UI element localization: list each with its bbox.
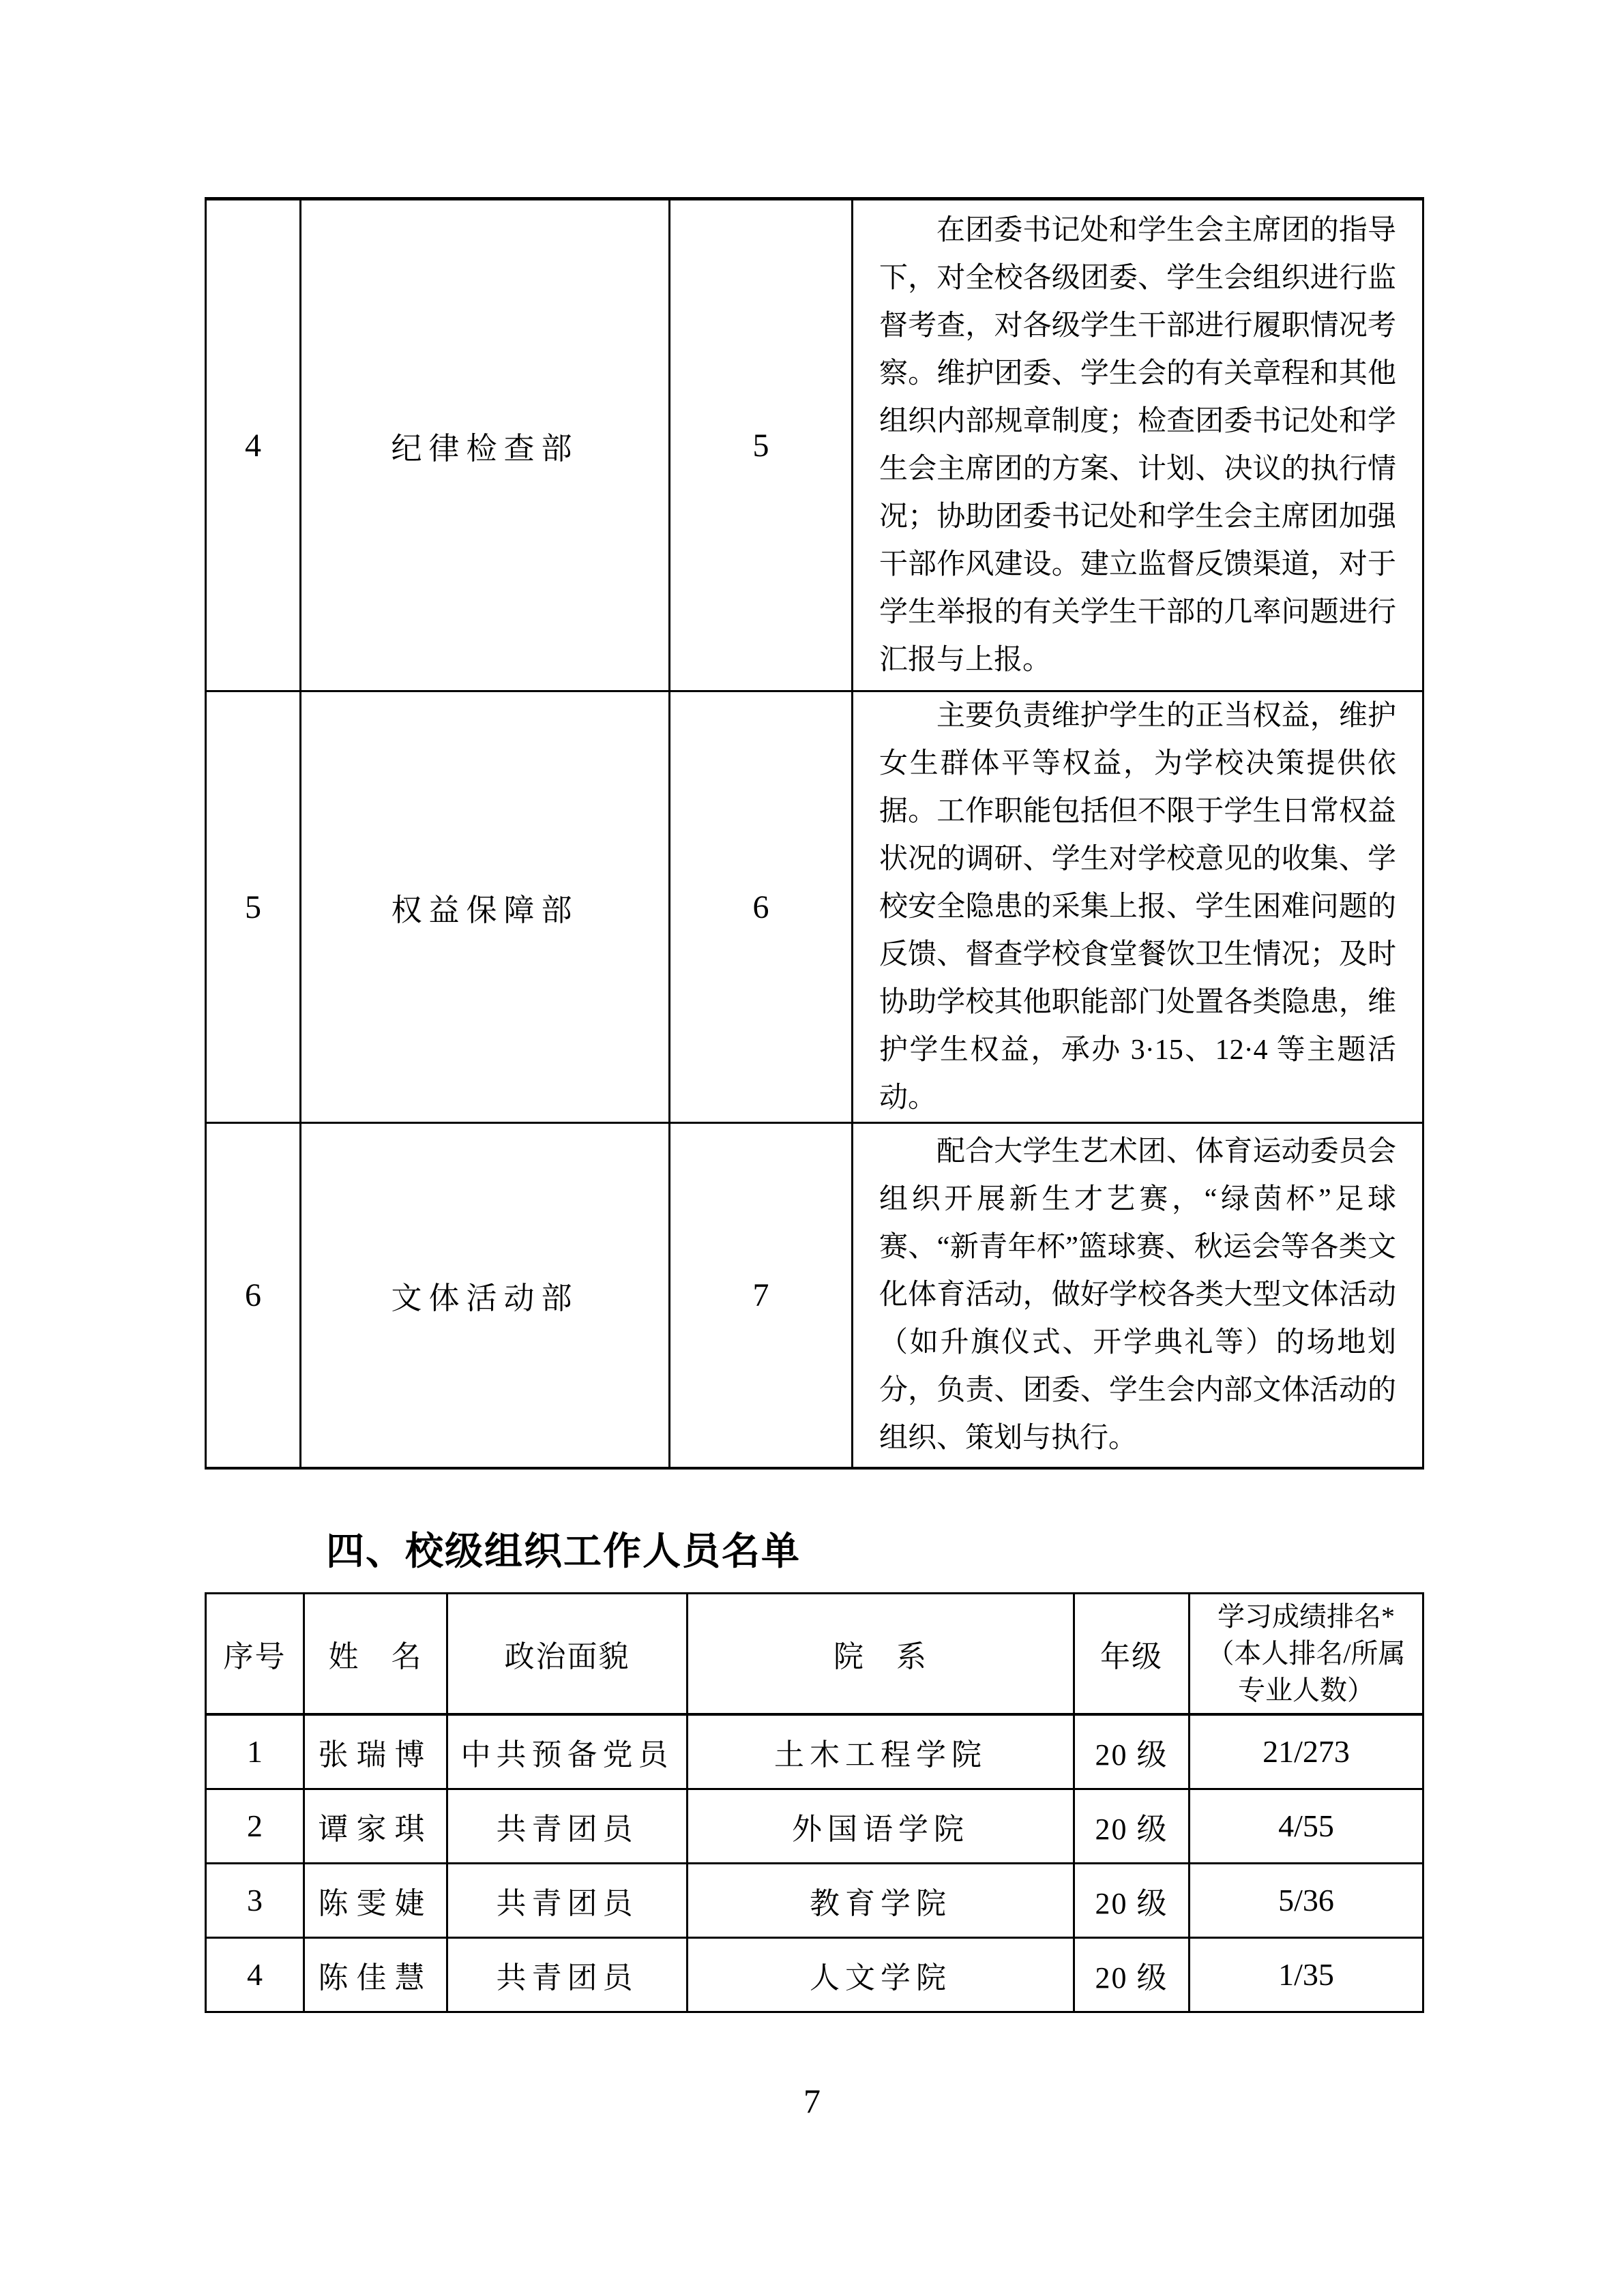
section-heading: 四、校级组织工作人员名单 <box>326 1530 801 1572</box>
staff-rank: 4/55 <box>1190 1789 1423 1863</box>
staff-college: 教育学院 <box>688 1863 1074 1937</box>
dept-row-index: 4 <box>206 199 301 691</box>
dept-row-index: 5 <box>206 691 301 1123</box>
dept-description-cell: 配合大学生艺术团、体育运动委员会组织开展新生才艺赛，“绿茵杯”足球赛、“新青年杯… <box>853 1123 1423 1468</box>
department-duties-table: 4 纪律检查部 5 在团委书记处和学生会主席团的指导下，对全校各级团委、学生会组… <box>205 197 1424 1470</box>
staff-index: 1 <box>206 1714 304 1789</box>
staff-politics: 共青团员 <box>447 1789 688 1863</box>
staff-politics: 中共预备党员 <box>447 1714 688 1789</box>
staff-table-header-row: 序号 姓 名 政治面貌 院 系 年级 学习成绩排名*（本人排名/所属专业人数） <box>206 1594 1423 1715</box>
dept-row-index: 6 <box>206 1123 301 1468</box>
dept-member-count: 6 <box>670 691 853 1123</box>
column-header-grade: 年级 <box>1074 1594 1190 1715</box>
table-row: 3 陈雯婕 共青团员 教育学院 20 级 5/36 <box>206 1863 1423 1937</box>
table-row: 1 张瑞博 中共预备党员 土木工程学院 20 级 21/273 <box>206 1714 1423 1789</box>
staff-index: 3 <box>206 1863 304 1937</box>
table-row: 2 谭家琪 共青团员 外国语学院 20 级 4/55 <box>206 1789 1423 1863</box>
staff-college: 土木工程学院 <box>688 1714 1074 1789</box>
dept-member-count: 5 <box>670 199 853 691</box>
table-row: 6 文体活动部 7 配合大学生艺术团、体育运动委员会组织开展新生才艺赛，“绿茵杯… <box>206 1123 1423 1468</box>
staff-name: 陈雯婕 <box>304 1863 447 1937</box>
staff-politics: 共青团员 <box>447 1937 688 2012</box>
dept-description-cell: 在团委书记处和学生会主席团的指导下，对全校各级团委、学生会组织进行监督考查，对各… <box>853 199 1423 691</box>
dept-member-count: 7 <box>670 1123 853 1468</box>
column-header-index: 序号 <box>206 1594 304 1715</box>
staff-name: 陈佳慧 <box>304 1937 447 2012</box>
column-header-politics: 政治面貌 <box>447 1594 688 1715</box>
staff-grade: 20 级 <box>1074 1714 1190 1789</box>
column-header-name: 姓 名 <box>304 1594 447 1715</box>
dept-description: 主要负责维护学生的正当权益，维护女生群体平等权益，为学校决策提供依据。工作职能包… <box>879 692 1396 1122</box>
dept-description: 配合大学生艺术团、体育运动委员会组织开展新生才艺赛，“绿茵杯”足球赛、“新青年杯… <box>879 1128 1396 1462</box>
staff-roster-table: 序号 姓 名 政治面貌 院 系 年级 学习成绩排名*（本人排名/所属专业人数） … <box>205 1592 1424 2013</box>
staff-grade: 20 级 <box>1074 1863 1190 1937</box>
staff-index: 4 <box>206 1937 304 2012</box>
table-row: 4 纪律检查部 5 在团委书记处和学生会主席团的指导下，对全校各级团委、学生会组… <box>206 199 1423 691</box>
staff-grade: 20 级 <box>1074 1789 1190 1863</box>
dept-description-cell: 主要负责维护学生的正当权益，维护女生群体平等权益，为学校决策提供依据。工作职能包… <box>853 691 1423 1123</box>
table-row: 5 权益保障部 6 主要负责维护学生的正当权益，维护女生群体平等权益，为学校决策… <box>206 691 1423 1123</box>
dept-name: 权益保障部 <box>301 691 670 1123</box>
column-header-rank: 学习成绩排名*（本人排名/所属专业人数） <box>1190 1594 1423 1715</box>
staff-politics: 共青团员 <box>447 1863 688 1937</box>
dept-name: 纪律检查部 <box>301 199 670 691</box>
column-header-college: 院 系 <box>688 1594 1074 1715</box>
staff-name: 张瑞博 <box>304 1714 447 1789</box>
staff-rank: 5/36 <box>1190 1863 1423 1937</box>
staff-college: 人文学院 <box>688 1937 1074 2012</box>
table-row: 4 陈佳慧 共青团员 人文学院 20 级 1/35 <box>206 1937 1423 2012</box>
staff-rank: 1/35 <box>1190 1937 1423 2012</box>
staff-rank: 21/273 <box>1190 1714 1423 1789</box>
staff-college: 外国语学院 <box>688 1789 1074 1863</box>
staff-grade: 20 级 <box>1074 1937 1190 2012</box>
document-page: 4 纪律检查部 5 在团委书记处和学生会主席团的指导下，对全校各级团委、学生会组… <box>0 0 1624 2296</box>
staff-index: 2 <box>206 1789 304 1863</box>
dept-description: 在团委书记处和学生会主席团的指导下，对全校各级团委、学生会组织进行监督考查，对各… <box>879 207 1396 684</box>
dept-name: 文体活动部 <box>301 1123 670 1468</box>
page-number: 7 <box>0 2081 1624 2121</box>
staff-name: 谭家琪 <box>304 1789 447 1863</box>
